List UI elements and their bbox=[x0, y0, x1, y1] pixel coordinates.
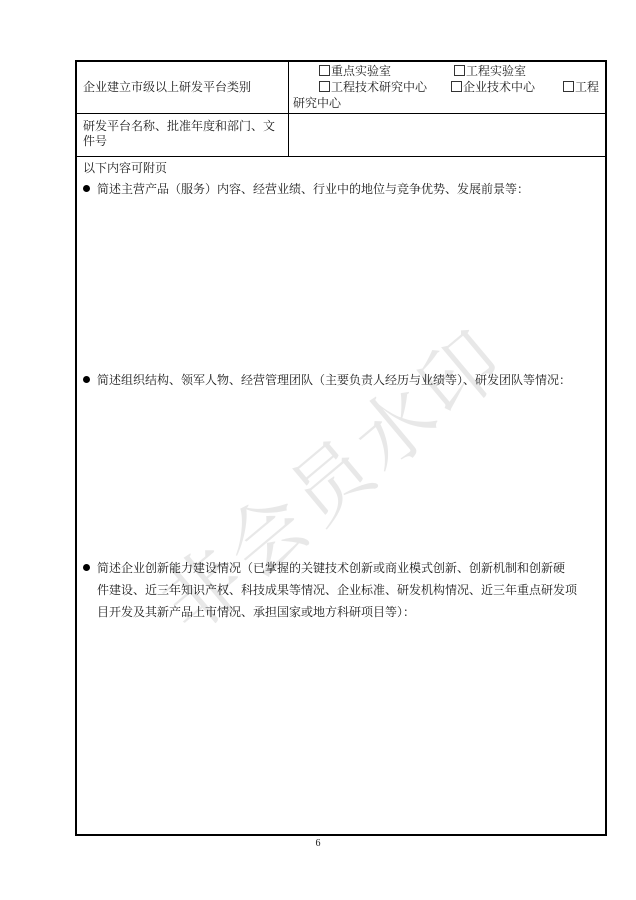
option-engineering-research-center-wrap: 研究中心 bbox=[293, 96, 341, 111]
option-key-laboratory[interactable]: 重点实验室 bbox=[319, 64, 391, 79]
description-section: 以下内容可附页 简述主营产品（服务）内容、经营业绩、行业中的地位与竞争优势、发展… bbox=[77, 157, 605, 834]
checkbox-icon[interactable] bbox=[319, 65, 330, 76]
main-products-prompt: 简述主营产品（服务）内容、经营业绩、行业中的地位与竞争优势、发展前景等： bbox=[83, 178, 599, 200]
checkbox-icon[interactable] bbox=[454, 65, 465, 76]
bullet-icon bbox=[83, 564, 90, 571]
page-number: 6 bbox=[0, 838, 636, 849]
option-engineering-tech-research-center[interactable]: 工程技术研究中心 bbox=[319, 80, 427, 95]
bullet-icon bbox=[83, 376, 90, 383]
checkbox-icon[interactable] bbox=[319, 81, 330, 92]
organization-prompt: 简述组织结构、领军人物、经营管理团队（主要负责人经历与业绩等）、研发团队等情况： bbox=[83, 369, 599, 391]
platform-name-field[interactable] bbox=[289, 114, 605, 156]
checkbox-icon[interactable] bbox=[563, 81, 574, 92]
attachment-note: 以下内容可附页 bbox=[83, 161, 167, 176]
checkbox-icon[interactable] bbox=[451, 81, 462, 92]
bullet-icon bbox=[83, 185, 90, 192]
document-page: 企业建立市级以上研发平台类别 重点实验室 工程实验室 工程技术研究中心 企业技术… bbox=[0, 0, 636, 900]
platform-name-row: 研发平台名称、批准年度和部门、文件号 bbox=[77, 114, 605, 157]
platform-category-options: 重点实验室 工程实验室 工程技术研究中心 企业技术中心 工程 研究中心 bbox=[289, 62, 605, 113]
platform-name-label: 研发平台名称、批准年度和部门、文件号 bbox=[77, 114, 289, 156]
platform-category-label: 企业建立市级以上研发平台类别 bbox=[77, 62, 289, 113]
application-form-table: 企业建立市级以上研发平台类别 重点实验室 工程实验室 工程技术研究中心 企业技术… bbox=[75, 60, 607, 836]
platform-category-row: 企业建立市级以上研发平台类别 重点实验室 工程实验室 工程技术研究中心 企业技术… bbox=[77, 62, 605, 114]
option-engineering-laboratory[interactable]: 工程实验室 bbox=[454, 64, 526, 79]
option-enterprise-tech-center[interactable]: 企业技术中心 bbox=[451, 80, 535, 95]
innovation-capability-prompt: 简述企业创新能力建设情况（已掌握的关键技术创新或商业模式创新、创新机制和创新硬 … bbox=[83, 557, 599, 623]
option-engineering-research-center[interactable]: 工程 bbox=[563, 80, 599, 95]
